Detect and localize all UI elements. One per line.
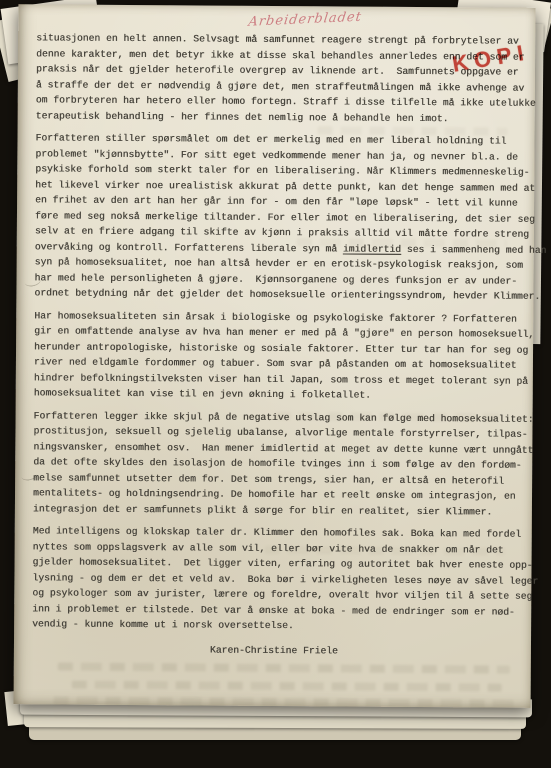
document-text: situasjonen en helt annen. Selvsagt må s… [32,30,529,659]
paragraph: Med intelligens og klokskap taler dr. Kl… [32,523,526,635]
text-line: ordnet betydning når det gjelder det hom… [34,285,527,304]
bleedthrough-ghost [72,681,502,692]
handwritten-note: Arbeiderbladet [247,10,362,30]
text-line: integrasjon det er samfunnets plikt å sø… [33,501,526,520]
paragraph: Har homoseksualiteten sin årsak i biolog… [34,308,528,404]
paragraph: situasjonen en helt annen. Selvsagt må s… [36,30,530,126]
bleedthrough-ghost [58,662,510,673]
scan-background: Arbeiderbladet KOPI situasjonen en helt … [0,0,551,768]
signature: Karen-Christine Friele [210,642,525,660]
paragraph: Forfatteren stiller spørsmålet om det er… [34,130,528,304]
paragraph: Forfatteren legger ikke skjul på de nega… [33,408,527,520]
document-page: Arbeiderbladet KOPI situasjonen en helt … [14,4,536,708]
